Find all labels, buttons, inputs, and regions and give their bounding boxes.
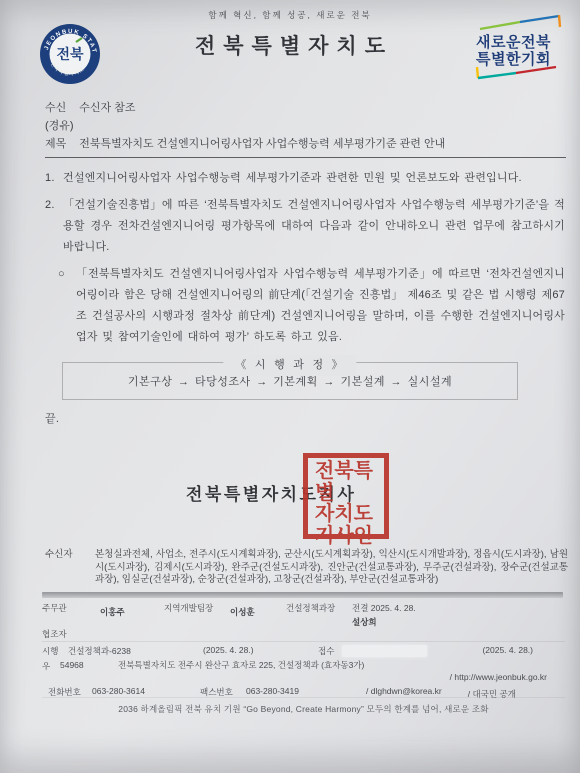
tel-number: 063-280-3614 [92, 686, 186, 696]
bullet-text: 「전북특별자치도 건설엔지니어링사업자 사업수행능력 세부평가기준」에 따르면 … [76, 264, 565, 348]
staff-name: 이성훈 [230, 606, 286, 618]
stamp-row: 자치도 [315, 504, 377, 526]
process-step: 실시설계 [408, 376, 453, 388]
bullet-paragraph: ○ 「전북특별자치도 건설엔지니어링사업자 사업수행능력 세부평가기준」에 따르… [58, 264, 565, 348]
paragraph-2: 2. 「건설기술진흥법」에 따른 ‘전북특별자치도 건설엔지니어링사업자 사업수… [45, 195, 565, 258]
receipt-date: (2025. 4. 28.) [482, 645, 533, 655]
brand-line2: 특별한기회 [476, 50, 551, 68]
email-address: / dlghdwn@korea.kr [366, 686, 442, 696]
subject-row: 제목전북특별자치도 건설엔지니어링사업자 사업수행능력 세부평가기준 관련 안내 [45, 135, 566, 158]
cooperator-label: 협조자 [42, 628, 67, 640]
process-step: 기본구상 [128, 376, 173, 388]
issue-line: 시행 건설정책과-6238 (2025. 4. 28.) 접수 (2025. 4… [42, 642, 565, 658]
brand-line1: 새로운전북 [476, 33, 551, 51]
tel-label: 전화번호 [48, 686, 92, 698]
arrow-right-icon: → [256, 376, 268, 388]
document-header: 함께 혁신, 함께 성공, 새로운 전북 전북특별자치도 JEONBUK STA… [0, 0, 580, 92]
website-url: / http://www.jeonbuk.go.kr [450, 672, 547, 682]
official-red-stamp: 전북특별 자치도 지사인 [303, 453, 389, 539]
approval-date: 전결 2025. 4. 28. [352, 602, 416, 614]
approval-line: 주무관 이홍주 지역개발팀장 이성훈 건설정책과장 전결 2025. 4. 28… [42, 602, 565, 628]
document-body: 1. 건설엔지니어링사업자 사업수행능력 세부평가기준과 관련한 민원 및 언론… [45, 168, 565, 430]
paragraph-1-text: 건설엔지니어링사업자 사업수행능력 세부평가기준과 관련한 민원 및 언론보도와… [63, 168, 565, 189]
zip-label: 우 [42, 660, 56, 672]
staff-role: 건설정책과장 [286, 602, 348, 614]
recipient-value: 수신자 참조 [79, 102, 135, 114]
disclosure-note: / 대국민 공개 [468, 688, 516, 700]
staff-role: 지역개발팀장 [164, 602, 230, 614]
official-document-page: 함께 혁신, 함께 성공, 새로운 전북 전북특별자치도 JEONBUK STA… [0, 0, 580, 773]
issue-date: (2025. 4. 28.) [203, 645, 273, 655]
issue-label: 시행 [42, 645, 68, 657]
cooperator-line: 협조자 [42, 628, 565, 642]
paragraph-2-number: 2. [45, 195, 63, 258]
stamp-row: 지사인 [315, 526, 377, 548]
end-mark: 끝. [45, 409, 565, 430]
signature-area: 전북특별자치도지사 전북특별 자치도 지사인 [0, 430, 580, 545]
subject-label: 제목 [45, 135, 66, 153]
document-number: 건설정책과-6238 [68, 645, 203, 657]
paragraph-1: 1. 건설엔지니어링사업자 사업수행능력 세부평가기준과 관련한 민원 및 언론… [45, 168, 565, 189]
bullet-marker: ○ [58, 264, 76, 348]
via-row: (경유) [45, 117, 566, 135]
campaign-slogan: 2036 하계올림픽 전북 유치 기원 “Go Beyond, Create H… [42, 703, 565, 715]
process-step: 기본설계 [340, 376, 385, 388]
fax-label: 팩스번호 [200, 686, 246, 698]
office-address: 전북특별자치도 전주시 완산구 효자로 225, 건설정책과 (효자동3가) [118, 660, 418, 671]
subject-text: 전북특별자치도 건설엔지니어링사업자 사업수행능력 세부평가기준 관련 안내 [79, 138, 445, 150]
jeonbuk-seal-logo-icon: JEONBUK STATE 전북특별자치도 전북 [38, 22, 102, 91]
recipients-list: 본청실과전체, 사업소, 전주시(도시계획과장), 군산시(도시계획과장), 익… [95, 549, 568, 587]
recipient-label: 수신 [45, 99, 66, 117]
approval-block: 전결 2025. 4. 28. 설상희 [352, 602, 416, 628]
paragraph-2-text: 「건설기술진흥법」에 따른 ‘전북특별자치도 건설엔지니어링사업자 사업수행능력… [63, 195, 565, 258]
stamp-row: 전북특별 [315, 461, 377, 504]
staff-name: 설상희 [352, 616, 416, 628]
fax-number: 063-280-3419 [246, 686, 338, 696]
address-line: 우 54968 전북특별자치도 전주시 완산구 효자로 225, 건설정책과 (… [42, 658, 565, 683]
recipients-block: 수신자 본청실과전체, 사업소, 전주시(도시계획과장), 군산시(도시계획과장… [45, 549, 568, 587]
seal-center-text: 전북 [56, 46, 84, 62]
arrow-right-icon: → [178, 376, 190, 388]
process-step: 기본계획 [273, 376, 318, 388]
document-meta: 수신수신자 참조 (경유) 제목전북특별자치도 건설엔지니어링사업자 사업수행능… [45, 99, 566, 158]
recipient-row: 수신수신자 참조 [45, 99, 566, 117]
new-jeonbuk-brand-logo-icon: 새로운전북 특별한기회 [462, 12, 574, 87]
staff-role: 주무관 [42, 602, 100, 614]
redacted-area [342, 645, 427, 657]
process-step: 타당성조사 [195, 376, 251, 388]
staff-name: 이홍주 [100, 606, 164, 618]
arrow-right-icon: → [391, 376, 403, 388]
contact-line: 전화번호 063-280-3614 팩스번호 063-280-3419 / dl… [42, 683, 565, 698]
receipt-label: 접수 [318, 645, 334, 657]
process-flow-box: 《 시 행 과 정 》 기본구상 → 타당성조사 → 기본계획 → 기본설계 →… [62, 362, 518, 400]
arrow-right-icon: → [323, 376, 335, 388]
recipients-label: 수신자 [45, 549, 95, 587]
process-box-title: 《 시 행 과 정 》 [223, 355, 356, 376]
footer-divider-bar [42, 592, 563, 598]
zip-code: 54968 [60, 660, 110, 670]
paragraph-1-number: 1. [45, 168, 63, 189]
document-footer: 주무관 이홍주 지역개발팀장 이성훈 건설정책과장 전결 2025. 4. 28… [42, 602, 565, 715]
